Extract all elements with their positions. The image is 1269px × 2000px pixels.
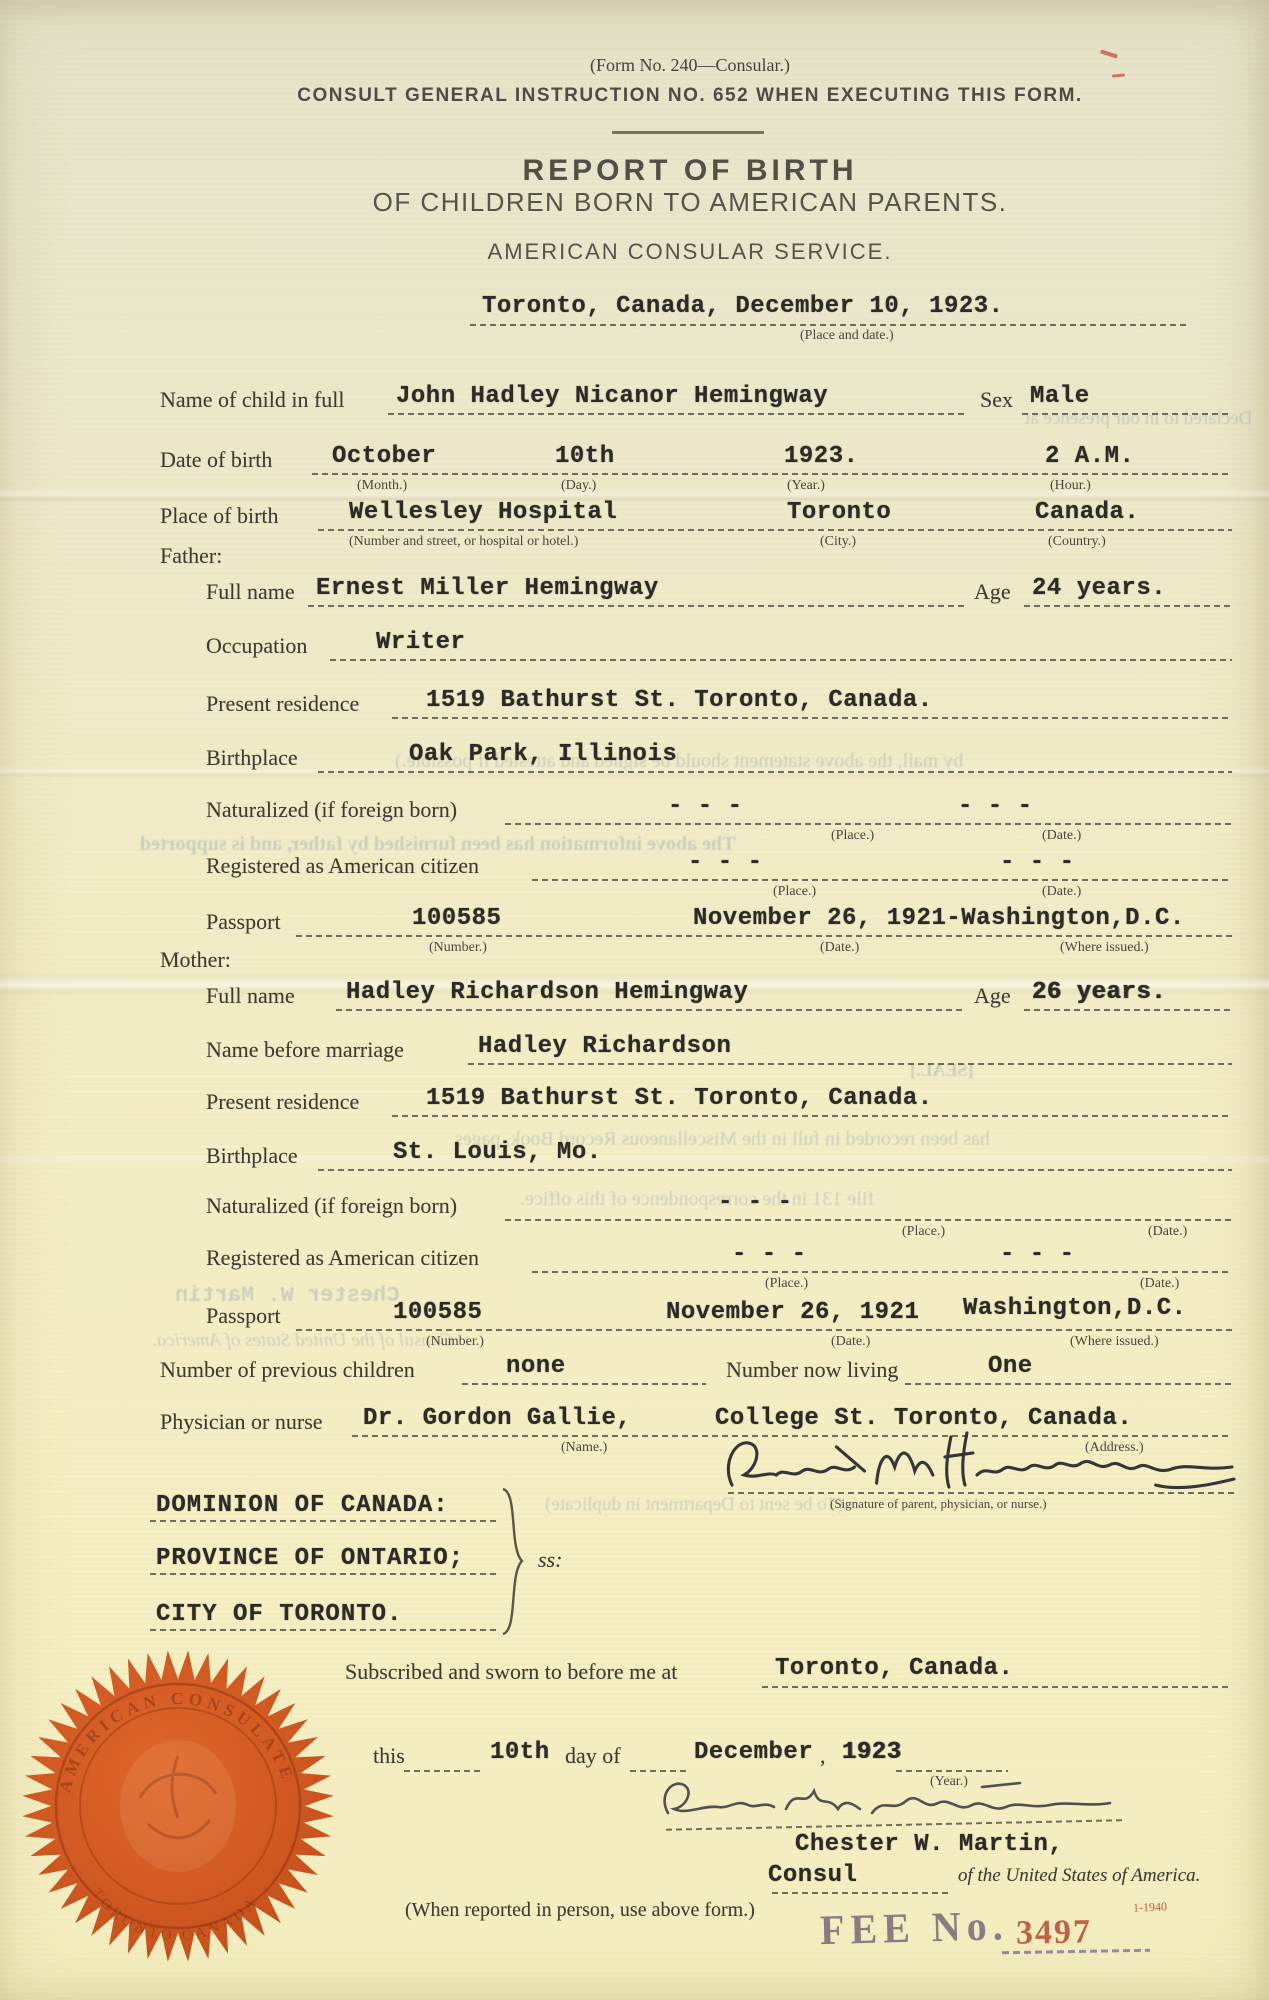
mother-naturalized-place-caption: (Place.) [902, 1224, 945, 1239]
mother-passport-where-value: Washington,D.C. [963, 1296, 1187, 1322]
service-line-text: AMERICAN CONSULAR SERVICE. [488, 239, 893, 264]
dotted-line [404, 1770, 484, 1772]
dotted-line [392, 1115, 1232, 1117]
jurisdiction-city: CITY OF TORONTO. [156, 1602, 402, 1628]
mother-section-label: Mother: [160, 948, 231, 972]
mother-passport-number-value: 100585 [393, 1300, 482, 1326]
mother-birthplace-value: St. Louis, Mo. [393, 1140, 602, 1166]
document-subtitle-text: OF CHILDREN BORN TO AMERICAN PARENTS. [373, 187, 1008, 217]
dotted-line [1022, 413, 1232, 415]
mother-registered-date-caption: (Date.) [1140, 1276, 1179, 1291]
mother-passport-label: Passport [206, 1304, 281, 1328]
mother-registered-place-caption: (Place.) [765, 1276, 808, 1291]
father-residence-value: 1519 Bathurst St. Toronto, Canada. [426, 688, 933, 714]
child-name-label: Name of child in full [160, 388, 345, 412]
pob-city-caption: (City.) [820, 534, 856, 549]
mother-registered-label: Registered as American citizen [206, 1246, 479, 1270]
mother-registered-date-value: - - - [1000, 1242, 1075, 1268]
mother-passport-date-value: November 26, 1921 [666, 1300, 919, 1326]
dob-day-value: 10th [555, 444, 615, 470]
mother-birthplace-label: Birthplace [206, 1144, 298, 1168]
father-passport-date-value: November 26, 1921-Washington,D.C. [693, 906, 1185, 932]
pob-label: Place of birth [160, 504, 279, 528]
sworn-month-value: December [694, 1740, 813, 1766]
dotted-line [762, 1686, 1232, 1688]
dotted-line [318, 529, 1232, 531]
bleedthrough-text: Consul of the United States of America. [152, 1330, 453, 1352]
general-instruction-text: CONSULT GENERAL INSTRUCTION NO. 652 WHEN… [297, 85, 1082, 106]
bleedthrough-text: Declared to in our presence at [1025, 408, 1252, 430]
sex-label: Sex [980, 388, 1013, 412]
parent-signature [718, 1426, 1240, 1506]
jurisdiction-dominion: DOMINION OF CANADA: [156, 1493, 449, 1519]
father-passport-number-caption: (Number.) [429, 940, 487, 955]
place-date-value: Toronto, Canada, December 10, 1923. [482, 294, 1004, 320]
mother-age-value: 26 years. [1032, 980, 1166, 1006]
mother-residence-label: Present residence [206, 1090, 359, 1114]
dob-month-caption: (Month.) [357, 478, 407, 493]
consul-title-suffix: of the United States of America. [958, 1866, 1200, 1887]
father-occupation-label: Occupation [206, 634, 307, 658]
jurisdiction-province: PROVINCE OF ONTARIO; [156, 1546, 464, 1572]
service-line: AMERICAN CONSULAR SERVICE. [150, 240, 1230, 264]
father-fullname-value: Ernest Miller Hemingway [316, 576, 659, 602]
father-naturalized-date-value: - - - [958, 794, 1033, 820]
dotted-line [296, 935, 1232, 937]
dotted-line [470, 324, 1190, 326]
dotted-line [150, 1629, 496, 1631]
footer-note: (When reported in person, use above form… [405, 1899, 755, 1921]
physician-name-caption: (Name.) [561, 1440, 607, 1455]
consul-typed-name: Chester W. Martin, [795, 1832, 1063, 1858]
dob-hour-value: 2 A.M. [1045, 444, 1134, 470]
father-age-value: 24 years. [1032, 576, 1166, 602]
father-passport-where-caption: (Where issued.) [1060, 940, 1149, 955]
father-naturalized-place-caption: (Place.) [831, 828, 874, 843]
father-registered-place-value: - - - [688, 850, 763, 876]
sworn-year-value: 1923 [842, 1740, 902, 1766]
consul-title-value: Consul [768, 1863, 857, 1889]
mother-residence-value: 1519 Bathurst St. Toronto, Canada. [426, 1086, 933, 1112]
father-passport-number-value: 100585 [412, 906, 501, 932]
sworn-dayof-label: day of [565, 1744, 621, 1768]
father-registered-date-value: - - - [1000, 850, 1075, 876]
child-name-value: John Hadley Nicanor Hemingway [396, 384, 828, 410]
place-date-caption: (Place and date.) [800, 328, 894, 343]
now-living-value: One [988, 1354, 1033, 1380]
mother-maiden-label: Name before marriage [206, 1038, 404, 1062]
mother-naturalized-label: Naturalized (if foreign born) [206, 1194, 457, 1218]
physician-label: Physician or nurse [160, 1410, 323, 1434]
mother-passport-date-caption: (Date.) [831, 1334, 870, 1349]
father-registered-place-caption: (Place.) [773, 884, 816, 899]
parent-signature-stroke [728, 1433, 1234, 1488]
father-naturalized-place-value: - - - [668, 794, 743, 820]
sworn-label: Subscribed and sworn to before me at [345, 1660, 677, 1684]
father-passport-label: Passport [206, 910, 281, 934]
sex-value: Male [1030, 384, 1090, 410]
consular-seal: AMERICAN CONSULATE TORONTO CANADA [20, 1648, 336, 1964]
form-number-text: (Form No. 240—Consular.) [590, 55, 790, 75]
document-title-text: REPORT OF BIRTH [523, 154, 858, 187]
mother-age-label: Age [974, 984, 1011, 1008]
dotted-line [905, 1383, 1232, 1385]
jurisdiction-brace [500, 1486, 526, 1638]
dotted-line [318, 771, 1232, 773]
dotted-line [505, 823, 1232, 825]
pob-city-value: Toronto [787, 500, 891, 526]
dotted-line [532, 879, 1232, 881]
birth-report-document: Declared to in our presence at by mail, … [0, 0, 1269, 2000]
form-number: (Form No. 240—Consular.) [150, 56, 1230, 76]
ss-abbreviation: ss: [538, 1548, 562, 1572]
dotted-line [296, 1329, 1232, 1331]
dotted-line [150, 1573, 496, 1575]
dotted-line [505, 1219, 1232, 1221]
mother-naturalized-place-value: - - - [718, 1190, 793, 1216]
dotted-line [312, 473, 1232, 475]
dotted-line [728, 1492, 1238, 1494]
dotted-line [1024, 1009, 1232, 1011]
dotted-line [532, 1271, 1232, 1273]
dob-year-value: 1923. [784, 444, 859, 470]
dotted-line [772, 1892, 952, 1894]
dotted-line [308, 605, 965, 607]
mother-naturalized-date-caption: (Date.) [1148, 1224, 1187, 1239]
pob-street-caption: (Number and street, or hospital or hotel… [349, 534, 578, 549]
dob-month-value: October [332, 444, 436, 470]
consul-signature-stroke [665, 1783, 1110, 1813]
sworn-comma: , [820, 1744, 826, 1768]
general-instruction: CONSULT GENERAL INSTRUCTION NO. 652 WHEN… [150, 86, 1230, 107]
mother-registered-place-value: - - - [732, 1242, 807, 1268]
pob-place-value: Wellesley Hospital [349, 500, 617, 526]
dotted-line [462, 1383, 706, 1385]
mother-passport-number-caption: (Number.) [426, 1334, 484, 1349]
dotted-line [150, 1520, 496, 1522]
father-fullname-label: Full name [206, 580, 295, 604]
dotted-line [1024, 605, 1232, 607]
sworn-this-label: this [373, 1744, 405, 1768]
pob-country-value: Canada. [1035, 500, 1139, 526]
dob-year-caption: (Year.) [787, 478, 825, 493]
fee-number-stamp: 3497 [1016, 1913, 1093, 1952]
bleedthrough-text: file 131 in the correspondence of this o… [520, 1188, 874, 1211]
dotted-line [392, 717, 1232, 719]
fold-crease [0, 1154, 1269, 1166]
father-occupation-value: Writer [376, 630, 465, 656]
fee-small-mark: 1-1940 [1133, 1900, 1167, 1914]
physician-name-value: Dr. Gordon Gallie, [363, 1406, 631, 1432]
document-subtitle: OF CHILDREN BORN TO AMERICAN PARENTS. [150, 188, 1230, 217]
sworn-place-value: Toronto, Canada. [775, 1656, 1013, 1682]
father-residence-label: Present residence [206, 692, 359, 716]
dotted-line [330, 659, 1232, 661]
previous-children-label: Number of previous children [160, 1358, 415, 1382]
dob-day-caption: (Day.) [561, 478, 596, 493]
dotted-line [336, 1009, 965, 1011]
dotted-line [318, 1169, 1232, 1171]
mother-passport-where-caption: (Where issued.) [1070, 1334, 1159, 1349]
sworn-day-value: 10th [490, 1740, 550, 1766]
father-registered-date-caption: (Date.) [1042, 884, 1081, 899]
now-living-label: Number now living [726, 1358, 898, 1382]
document-title: REPORT OF BIRTH [150, 154, 1230, 187]
parent-signature-caption: (Signature of parent, physician, or nurs… [830, 1497, 1047, 1511]
dotted-line [388, 413, 965, 415]
mother-maiden-value: Hadley Richardson [478, 1034, 731, 1060]
mother-fullname-value: Hadley Richardson Hemingway [346, 980, 748, 1006]
father-birthplace-label: Birthplace [206, 746, 298, 770]
dot-line [468, 1063, 1232, 1065]
dob-hour-caption: (Hour.) [1050, 478, 1091, 493]
mother-fullname-label: Full name [206, 984, 295, 1008]
header-divider [612, 131, 764, 134]
father-naturalized-label: Naturalized (if foreign born) [206, 798, 457, 822]
father-section-label: Father: [160, 544, 222, 568]
father-passport-date-caption: (Date.) [820, 940, 859, 955]
father-birthplace-value: Oak Park, Illinois [409, 742, 677, 768]
father-age-label: Age [974, 580, 1011, 604]
fee-stamp-label: FEE No. [819, 1902, 1009, 1953]
father-registered-label: Registered as American citizen [206, 854, 479, 878]
previous-children-value: none [506, 1354, 566, 1380]
father-naturalized-date-caption: (Date.) [1042, 828, 1081, 843]
pob-country-caption: (Country.) [1048, 534, 1106, 549]
dob-label: Date of birth [160, 448, 272, 472]
